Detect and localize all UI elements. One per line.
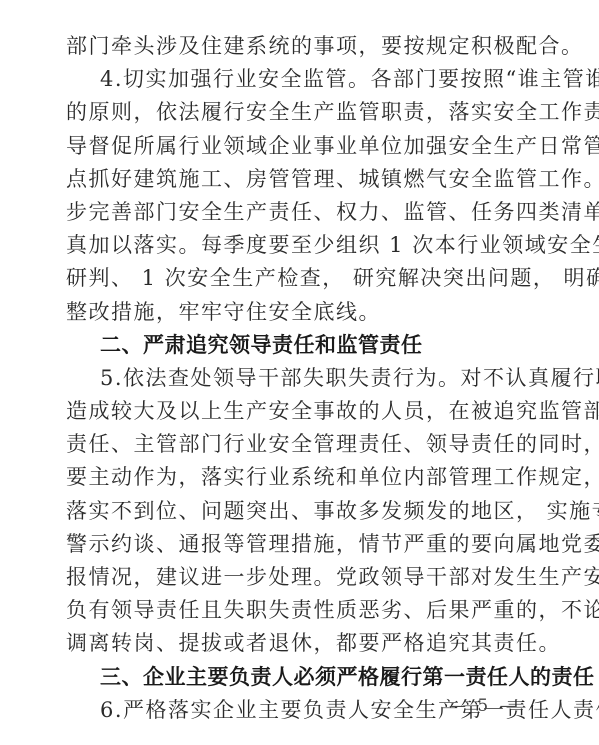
text-line: 造成较大及以上生产安全事故的人员，在被追究监管部门监管 <box>66 395 526 428</box>
document-body: 部门牵头涉及住建系统的事项，要按规定积极配合。 4.切实加强行业安全监管。各部门… <box>66 30 526 727</box>
text-line: 真加以落实。每季度要至少组织 1 次本行业领域安全生产形势 <box>66 229 526 262</box>
paragraph-item-5: 5.依法查处领导干部失职失责行为。对不认真履行职责， <box>66 362 526 395</box>
text-line: 报情况，建议进一步处理。党政领导干部对发生生产安全事故 <box>66 561 526 594</box>
text-line: 警示约谈、通报等管理措施，情节严重的要向属地党委政府通 <box>66 528 526 561</box>
text-line: 责任、主管部门行业安全管理责任、领导责任的同时，各部门 <box>66 428 526 461</box>
paragraph-item-4: 4.切实加强行业安全监管。各部门要按照“谁主管谁负责” <box>66 63 526 96</box>
text-line: 点抓好建筑施工、房管管理、城镇燃气安全监管工作。要进一 <box>66 163 526 196</box>
text-line: 调离转岗、提拔或者退休，都要严格追究其责任。 <box>66 627 526 660</box>
section-heading-2: 二、严肃追究领导责任和监管责任 <box>66 329 526 362</box>
text-line: 落实不到位、问题突出、事故多发频发的地区， 实施专项督办、 <box>66 495 526 528</box>
text-line: 要主动作为，落实行业系统和单位内部管理工作规定，对工作 <box>66 461 526 494</box>
page-number: — 5 — <box>449 696 520 716</box>
text-line: 步完善部门安全生产责任、权力、监管、任务四类清单，并认 <box>66 196 526 229</box>
text-line: 导督促所属行业领域企业事业单位加强安全生产日常管理，重 <box>66 130 526 163</box>
document-page: 部门牵头涉及住建系统的事项，要按规定积极配合。 4.切实加强行业安全监管。各部门… <box>0 0 599 745</box>
text-line: 的原则，依法履行安全生产监管职责，落实安全工作责任，指 <box>66 96 526 129</box>
text-line: 整改措施，牢牢守住安全底线。 <box>66 296 526 329</box>
section-heading-3: 三、企业主要负责人必须严格履行第一责任人的责任 <box>66 661 526 694</box>
text-line: 部门牵头涉及住建系统的事项，要按规定积极配合。 <box>66 30 526 63</box>
text-line: 研判、 1 次安全生产检查， 研究解决突出问题， 明确和督促落实 <box>66 262 526 295</box>
text-line: 负有领导责任且失职失责性质恶劣、后果严重的，不论是否已 <box>66 594 526 627</box>
